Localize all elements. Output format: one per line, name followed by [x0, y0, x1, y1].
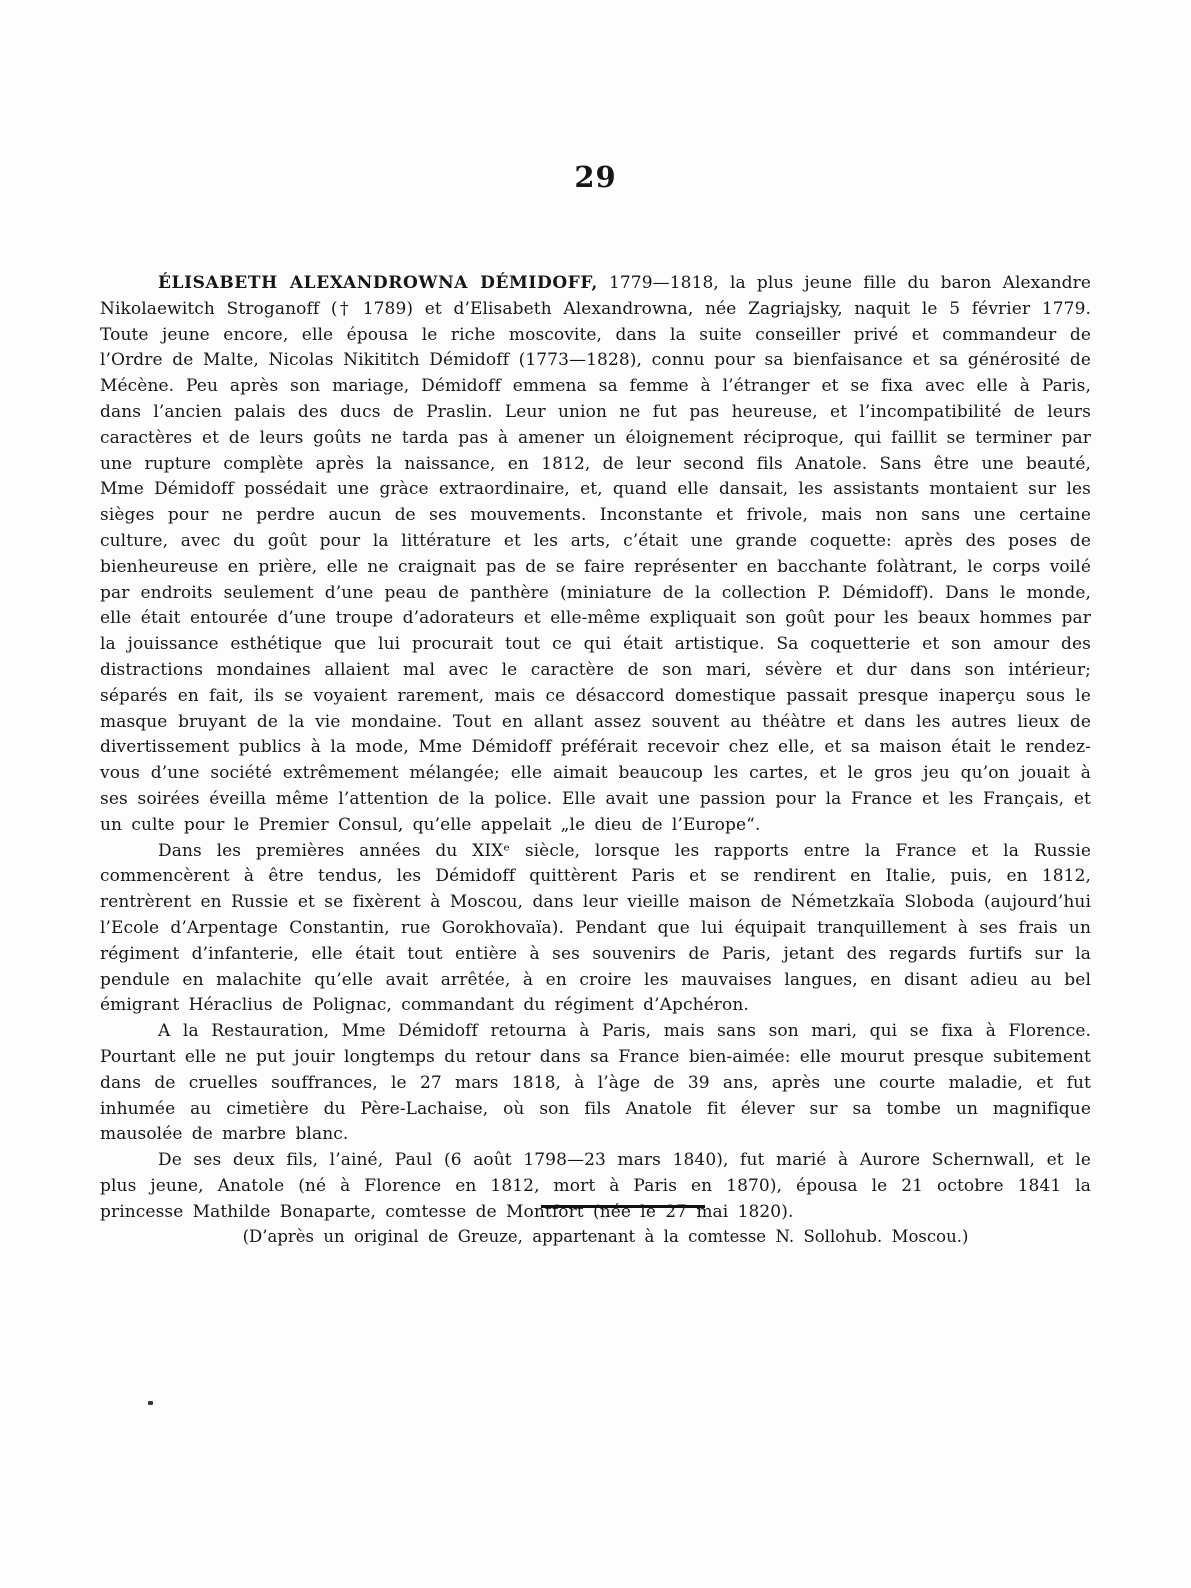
- document-page: 29 ÉLISABETH ALEXANDROWNA DÉMIDOFF, 1779…: [0, 0, 1191, 1588]
- paragraph-sons: De ses deux fils, l’ainé, Paul (6 août 1…: [100, 1148, 1091, 1225]
- page-number: 29: [0, 160, 1191, 194]
- paragraph-text: 1779—1818, la plus jeune fille du baron …: [100, 273, 1091, 835]
- paragraph-biography-intro: ÉLISABETH ALEXANDROWNA DÉMIDOFF, 1779—18…: [100, 271, 1091, 839]
- subject-name: ÉLISABETH ALEXANDROWNA DÉMIDOFF,: [158, 273, 598, 293]
- credit-caption: (D’après un original de Greuze, apparten…: [20, 1227, 1191, 1246]
- paragraph-return-to-russia: Dans les premières années du XIXᵉ siècle…: [100, 839, 1091, 1020]
- paragraph-text: A la Restauration, Mme Démidoff retourna…: [100, 1021, 1091, 1144]
- paragraph-restoration-death: A la Restauration, Mme Démidoff retourna…: [100, 1019, 1091, 1148]
- paragraph-text: Dans les premières années du XIXᵉ siècle…: [100, 841, 1091, 1016]
- section-divider: [541, 1205, 705, 1208]
- article-body: ÉLISABETH ALEXANDROWNA DÉMIDOFF, 1779—18…: [100, 271, 1091, 1225]
- ink-speck: [148, 1401, 153, 1405]
- paragraph-text: De ses deux fils, l’ainé, Paul (6 août 1…: [100, 1150, 1091, 1222]
